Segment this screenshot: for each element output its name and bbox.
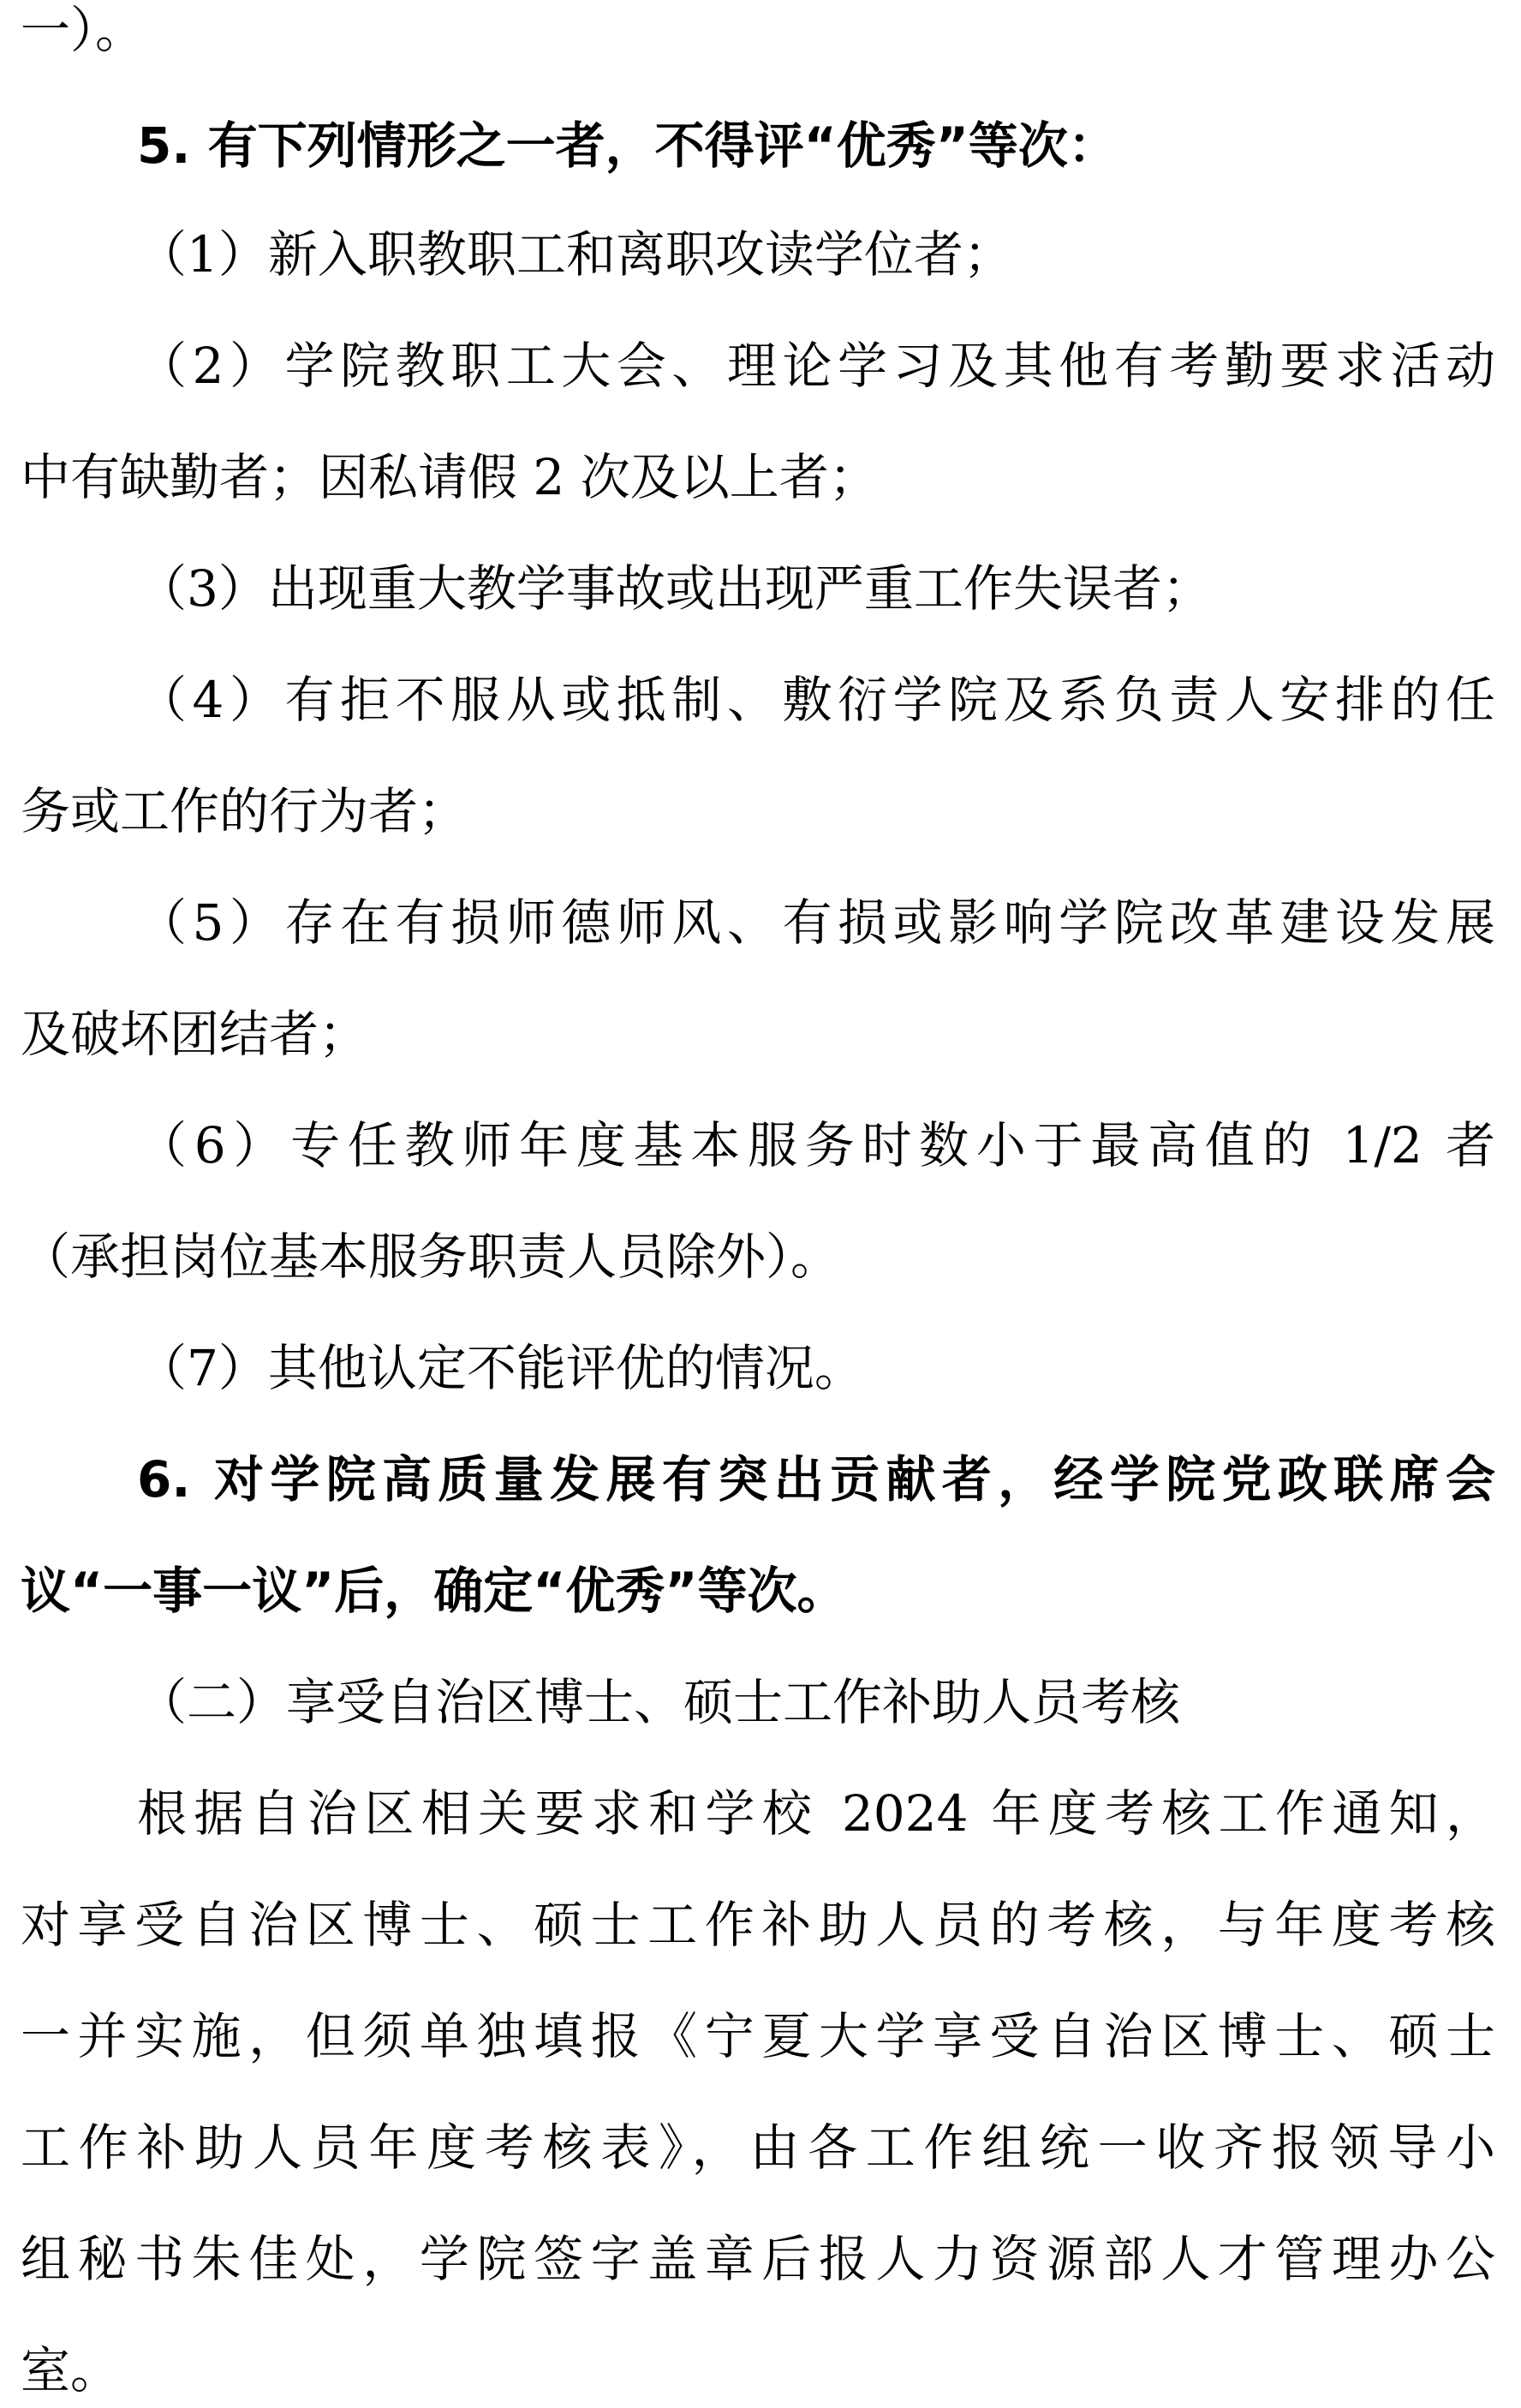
text-line-continuation: 一）。 (21, 0, 1495, 60)
section-2-heading: （二）享受自治区博士、硕士工作补助人员考核 (137, 1672, 1495, 1732)
item-5-4-line1: （4）有拒不服从或抵制、敷衍学院及系负责人安排的任 (137, 670, 1495, 730)
item-5-3: （3）出现重大教学事故或出现严重工作失误者； (137, 559, 1495, 618)
item-5-2-line1: （2）学院教职工大会、理论学习及其他有考勤要求活动 (137, 336, 1495, 396)
section-2-paragraph-line3: 一并实施，但须单独填报《宁夏大学享受自治区博士、硕士 (21, 2006, 1495, 2066)
item-5-7: （7）其他认定不能评优的情况。 (137, 1338, 1495, 1398)
item-5-2-line2: 中有缺勤者；因私请假 2 次及以上者； (21, 447, 1495, 507)
section-2-paragraph-line2: 对享受自治区博士、硕士工作补助人员的考核，与年度考核 (21, 1895, 1495, 1955)
section-2-paragraph-line4: 工作补助人员年度考核表》，由各工作组统一收齐报领导小 (21, 2118, 1495, 2178)
item-5-6-line1: （6）专任教师年度基本服务时数小于最高值的 1/2 者 (137, 1115, 1495, 1175)
item-5-1: （1）新入职教职工和离职攻读学位者； (137, 224, 1495, 284)
item-5-4-line2: 务或工作的行为者； (21, 781, 1495, 841)
item-6-heading-line2: 议“一事一议”后，确定“优秀”等次。 (21, 1561, 1495, 1621)
section-2-paragraph-line1: 根据自治区相关要求和学校 2024 年度考核工作通知， (137, 1784, 1495, 1843)
item-6-heading-line1: 6. 对学院高质量发展有突出贡献者，经学院党政联席会 (137, 1449, 1495, 1509)
item-5-5-line1: （5）存在有损师德师风、有损或影响学院改革建设发展 (137, 893, 1495, 953)
item-5-5-line2: 及破坏团结者； (21, 1004, 1495, 1064)
section-2-paragraph-line6: 室。 (21, 2340, 1495, 2400)
item-5-6-line2: （承担岗位基本服务职责人员除外）。 (21, 1227, 1495, 1287)
item-5-heading: 5. 有下列情形之一者，不得评“优秀”等次： (137, 116, 1495, 176)
section-2-paragraph-line5: 组秘书朱佳处，学院签字盖章后报人力资源部人才管理办公 (21, 2229, 1495, 2289)
document-page: 一）。 5. 有下列情形之一者，不得评“优秀”等次： （1）新入职教职工和离职攻… (0, 0, 1521, 2408)
